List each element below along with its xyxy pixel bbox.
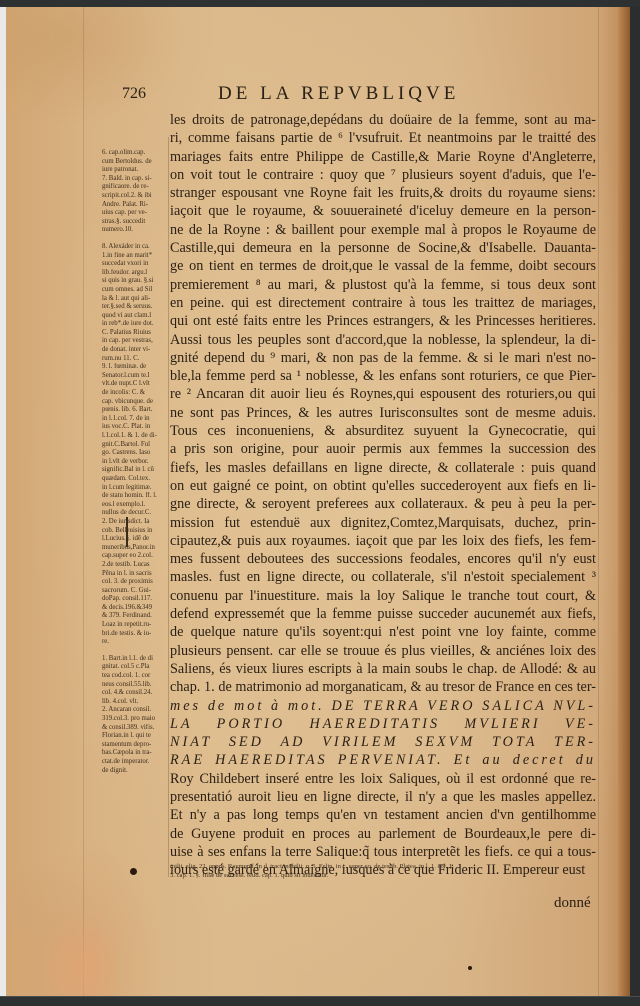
top-toolbar-strip — [0, 0, 640, 7]
text-line: mariages faits entre Philippe de Castill… — [170, 148, 596, 166]
marginal-note-line: de donat. inter vi- — [102, 346, 168, 355]
marginal-note-line: in l.vlt de verbor. — [102, 458, 168, 467]
marginal-note-line: & consil.389. vifis. — [102, 724, 168, 733]
marginal-notes: 6. cap.olim.cap.cum Bertoldus. deiure pa… — [102, 149, 168, 783]
marginal-note-line: col. 3. de proximis — [102, 578, 168, 587]
text-line: les droits de patronage,depédans du doüa… — [170, 111, 596, 129]
marginal-note-line: si quis in grau. §.si — [102, 277, 168, 286]
marginal-note-line: 1. Bart.in l.1. de di — [102, 655, 168, 664]
footnote-line: 3. cap. 1. §. filiæ de success. feud. ca… — [170, 871, 596, 880]
running-title: DE LA REPVBLIQVE — [218, 83, 459, 105]
text-line: on eut gaigné ce point, on obtint qu'ell… — [170, 477, 596, 495]
text-line: masles. fust en ligne directe, ou collat… — [170, 568, 596, 586]
marginal-note-line: eos.l exemplo.l. — [102, 501, 168, 510]
marginal-note-line: quod vi aut clam.l — [102, 312, 168, 321]
text-line: ne de la Royne : & baillent pour exemple… — [170, 221, 596, 239]
margin-rule — [168, 137, 169, 877]
margin-pen-mark — [126, 517, 128, 547]
marginal-note-line: 2.de testib. Lucas — [102, 561, 168, 570]
marginal-note-line: 2. De iurisdict. Ia — [102, 518, 168, 527]
marginal-note-line: col. 4.& consil.24. — [102, 689, 168, 698]
marginal-note-line: nullus de decur.C. — [102, 509, 168, 518]
text-line: mes fussent deboutees des successions fe… — [170, 550, 596, 568]
marginal-note-line: cob. Belleuisius in — [102, 527, 168, 536]
marginal-note-line: cap.super eo 2.col. — [102, 552, 168, 561]
marginal-note-line: ctat.de imperator. — [102, 758, 168, 767]
text-line: chap. 1. de matrimonio ad morganaticam, … — [170, 678, 596, 696]
scanned-book-page: 726 DE LA REPVBLIQVE 6. cap.olim.cap.cum… — [6, 7, 630, 996]
text-line: ge on tient en termes de droit,que le va… — [170, 257, 596, 275]
marginal-note-line: in cap. per vestras, — [102, 337, 168, 346]
marginal-note-line: de statu homin. ff. l. — [102, 492, 168, 501]
marginal-note-line: 1.in fine an marit* — [102, 252, 168, 261]
text-line: Aussi tous les peuples sont d'accord,que… — [170, 331, 596, 349]
marginal-note-line: uius cap. per ve- — [102, 209, 168, 218]
water-stain — [36, 907, 116, 996]
text-line: iaçoit que le royaume, & souueraineté d'… — [170, 202, 596, 220]
text-line: ne sont pas Princes, & les autres Iurisc… — [170, 404, 596, 422]
text-line: stranger espousant vne Royne fait les fr… — [170, 184, 596, 202]
marginal-note-line: ter.§.sed & seruus. — [102, 303, 168, 312]
marginal-note-line: doPap. consil.117. — [102, 595, 168, 604]
marginal-note-line: re. — [102, 638, 168, 647]
text-line: RAE HAEREDITAS PERVENIAT. Et au decret d… — [170, 751, 596, 769]
marginal-note-line: ius voc.C. Plat. in — [102, 423, 168, 432]
footnote-block: milit. elig. 22. oppos. Raymund. in d. t… — [170, 862, 596, 880]
text-line: de Guyene produit en proces au parlement… — [170, 825, 596, 843]
text-line: presentatió auroit lieu en ligne directe… — [170, 788, 596, 806]
text-line: fiefs, les masles defaillans en ligne di… — [170, 459, 596, 477]
text-line: on voit tout le contraire : quoy que ⁷ p… — [170, 166, 596, 184]
text-line: re ² Ancaran dit auoir lieu és Roynes,qu… — [170, 385, 596, 403]
marginal-note-line: rum.nu 11. C. — [102, 355, 168, 364]
marginal-note-line: l.Lucius.§. idẽ de — [102, 535, 168, 544]
marginal-note-line: la & l. aut qui ali- — [102, 295, 168, 304]
ink-spot — [130, 868, 137, 875]
marginal-note-line: neus consil.55.lib. — [102, 681, 168, 690]
text-line: ble,la femme perd sa ¹ noblesse, & les e… — [170, 367, 596, 385]
text-line: uise à ses enfans la terre Salique:q̃ to… — [170, 843, 596, 861]
viewer-frame: 726 DE LA REPVBLIQVE 6. cap.olim.cap.cum… — [0, 0, 640, 1006]
marginal-note-line: lib.feudor. argu.l — [102, 269, 168, 278]
marginal-note-line: C. Palatius Riuius — [102, 329, 168, 338]
marginal-note-line: quædam. Col.tex. — [102, 475, 168, 484]
text-line: NIAT SED AD VIRILEM SEXVM TOTA TER- — [170, 733, 596, 751]
fold-line-left — [83, 7, 84, 996]
text-line: Castille,qui demeura en la personne de S… — [170, 239, 596, 257]
text-line: qui ont esté faits entre les Princes est… — [170, 312, 596, 330]
marginal-note-line: scripit.col.2. & ibi — [102, 192, 168, 201]
marginal-note-line: 2. Ancaran consil. — [102, 706, 168, 715]
text-line: gnité depend du ⁹ mari, & non pas de la … — [170, 349, 596, 367]
marginal-note-line: pœnis. lib. 6. Bart. — [102, 406, 168, 415]
fold-line-right — [598, 7, 599, 996]
marginal-note-line: & 379. Ferdinand. — [102, 612, 168, 621]
catchword: donné — [554, 895, 591, 912]
marginal-note-line: bri.de testis. & iu- — [102, 630, 168, 639]
text-line: defend expressemét que la femme puisse s… — [170, 605, 596, 623]
marginal-note-line: stras.§. succedit — [102, 218, 168, 227]
marginal-note-line: cum Bertoldus. de — [102, 158, 168, 167]
marginal-note-line: 319.col.3. pro maio — [102, 715, 168, 724]
marginal-note-line: l.1.col.1. & 1. de di- — [102, 432, 168, 441]
marginal-note-line: cum omnes. ad Sil — [102, 286, 168, 295]
marginal-note-line: 8. Alexáder in ca. — [102, 243, 168, 252]
marginal-note-line: in l.1.col. 7. de in — [102, 415, 168, 424]
text-line: mission fut estenduë aux dignitez,Comtez… — [170, 514, 596, 532]
main-text-block: les droits de patronage,depédans du doüa… — [170, 111, 596, 879]
marginal-note-line: Senator.l.cum te.l — [102, 372, 168, 381]
text-line: cipautez,& puis aux royaumes. iaçoit que… — [170, 532, 596, 550]
marginal-note-line: Florian.in l. qui te — [102, 732, 168, 741]
text-line: de quelque nature qu'ils soyent:qui n'es… — [170, 623, 596, 641]
marginal-note-line: 9. l. fœminæ. de — [102, 363, 168, 372]
text-line: premierement ⁸ au mari, & plustost qu'à … — [170, 276, 596, 294]
marginal-note-line: iure patronat. — [102, 166, 168, 175]
marginal-note: 8. Alexáder in ca.1.in fine an marit*suc… — [102, 243, 168, 647]
marginal-note-line: go. Castrens. Iaso — [102, 449, 168, 458]
marginal-note-line: 6. cap.olim.cap. — [102, 149, 168, 158]
marginal-note-line: lib. 4.col. vlt. — [102, 698, 168, 707]
marginal-note-line: in l.cum legitimæ. — [102, 484, 168, 493]
marginal-note-line: numero.10. — [102, 226, 168, 235]
marginal-note-line: Pẽna in l. in sacris — [102, 570, 168, 579]
marginal-note-line: succedat vxori in — [102, 260, 168, 269]
marginal-note-line: sacrorum. C. Gui- — [102, 587, 168, 596]
marginal-note-line: vlt.de nupt.C l.vlt — [102, 380, 168, 389]
marginal-note-line: in reb*.de iure dot. — [102, 320, 168, 329]
marginal-note-line: gnitat. col.5 c.Pla — [102, 663, 168, 672]
text-line: Tous ces inconueniens, & absurditez suyu… — [170, 422, 596, 440]
marginal-note: 6. cap.olim.cap.cum Bertoldus. deiure pa… — [102, 149, 168, 235]
ink-spot — [468, 966, 472, 970]
marginal-note: 1. Bart.in l.1. de dignitat. col.5 c.Pla… — [102, 655, 168, 775]
marginal-note-line: cap. vbicunque. de — [102, 398, 168, 407]
marginal-note-line: Loaz in repetit.ru- — [102, 621, 168, 630]
footnote-line: milit. elig. 22. oppos. Raymund. in d. t… — [170, 862, 596, 871]
page-number: 726 — [122, 85, 146, 103]
bottom-toolbar-strip — [0, 996, 640, 1006]
marginal-note-line: muneribus,Panor.in — [102, 544, 168, 553]
marginal-note-line: signific.Bal in l. cũ — [102, 466, 168, 475]
marginal-note-line: 7. Bald. in cap. si- — [102, 175, 168, 184]
marginal-note-line: gnificaore. de re- — [102, 183, 168, 192]
text-line: Roy Childebert inseré entre les loix Sal… — [170, 770, 596, 788]
text-line: a pris son origine, pour auoir permis au… — [170, 440, 596, 458]
text-line: en peine. qui est directement contraire … — [170, 294, 596, 312]
marginal-note-line: stamentum depro- — [102, 741, 168, 750]
marginal-note-line: Andre. Palat. Ri- — [102, 201, 168, 210]
text-line: mes de mot à mot. DE TERRA VERO SALICA N… — [170, 697, 596, 715]
text-line: ri, comme faisans partie de ⁶ l'vsufruit… — [170, 129, 596, 147]
marginal-note-line: de dignit. — [102, 767, 168, 776]
text-line: plusieurs pensent. car elle se trouue és… — [170, 642, 596, 660]
marginal-note-line: tea cod.col. 1. cor — [102, 672, 168, 681]
text-line: conuenu par l'inuestiture. mais la loy S… — [170, 587, 596, 605]
marginal-note-line: bas.Cæpola in tra- — [102, 749, 168, 758]
running-head: 726 DE LA REPVBLIQVE — [122, 83, 602, 107]
marginal-note-line: & decis.196.&349 — [102, 604, 168, 613]
page-edge-shadow — [618, 7, 630, 996]
text-line: Saliens, és vieux liures escripts à la m… — [170, 660, 596, 678]
marginal-note-line: de incolis: C. & — [102, 389, 168, 398]
text-line: gne directe, & seroyent preferees aux co… — [170, 495, 596, 513]
marginal-note-line: gnit.C.Bartol. Ful — [102, 441, 168, 450]
text-line: Et n'y a pas long temps qu'en vn testame… — [170, 806, 596, 824]
text-line: LA PORTIO HAEREDITATIS MVLIERI VE- — [170, 715, 596, 733]
